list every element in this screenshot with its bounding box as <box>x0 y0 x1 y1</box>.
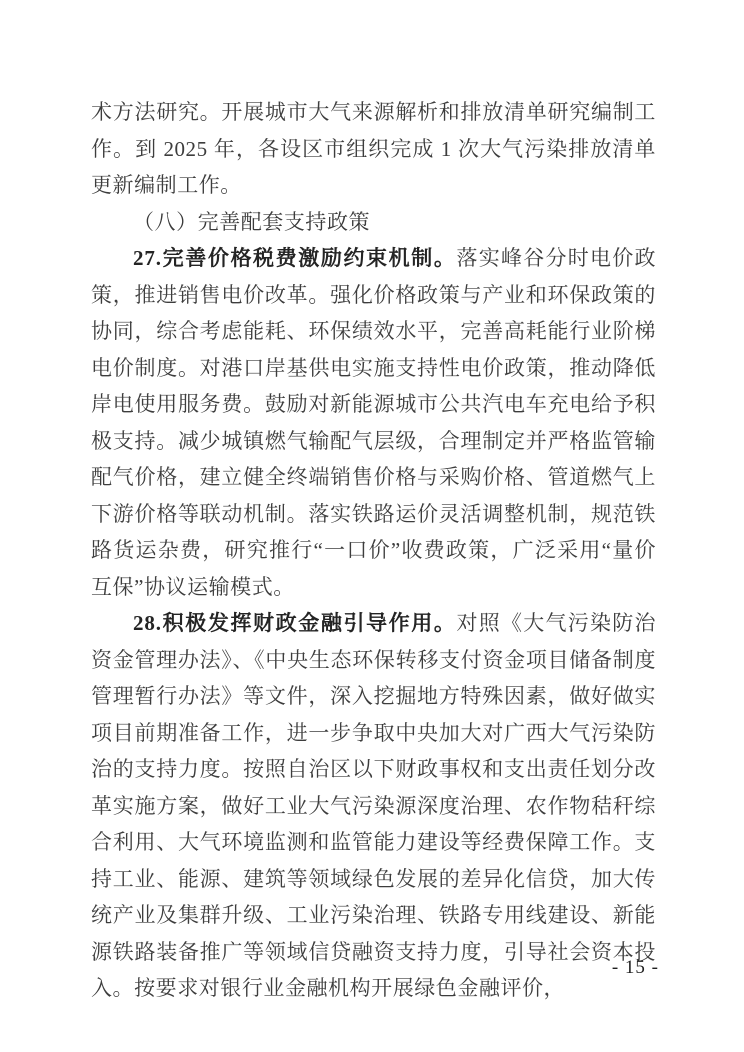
document-body: 术方法研究。开展城市大气来源解析和排放清单研究编制工作。到 2025 年，各设区… <box>91 94 656 1007</box>
item-27-lead: 27.完善价格税费激励约束机制。 <box>133 246 456 270</box>
item-28-body: 对照《大气污染防治资金管理办法》、《中央生态环保转移支付资金项目储备制度管理暂行… <box>91 611 656 1000</box>
item-28-lead: 28.积极发挥财政金融引导作用。 <box>133 611 456 635</box>
section-heading-text: （八）完善配套支持政策 <box>133 210 370 234</box>
item-27-body: 落实峰谷分时电价政策，推进销售电价改革。强化价格政策与产业和环保政策的协同，综合… <box>91 246 656 599</box>
paragraph-item-28: 28.积极发挥财政金融引导作用。对照《大气污染防治资金管理办法》、《中央生态环保… <box>91 605 656 1007</box>
document-page: 术方法研究。开展城市大气来源解析和排放清单研究编制工作。到 2025 年，各设区… <box>0 0 744 1052</box>
paragraph-continuation-text: 术方法研究。开展城市大气来源解析和排放清单研究编制工作。到 2025 年，各设区… <box>91 100 656 197</box>
section-heading: （八）完善配套支持政策 <box>91 204 656 241</box>
paragraph-continuation: 术方法研究。开展城市大气来源解析和排放清单研究编制工作。到 2025 年，各设区… <box>91 94 656 204</box>
paragraph-item-27: 27.完善价格税费激励约束机制。落实峰谷分时电价政策，推进销售电价改革。强化价格… <box>91 240 656 605</box>
page-number: - 15 - <box>612 957 659 979</box>
